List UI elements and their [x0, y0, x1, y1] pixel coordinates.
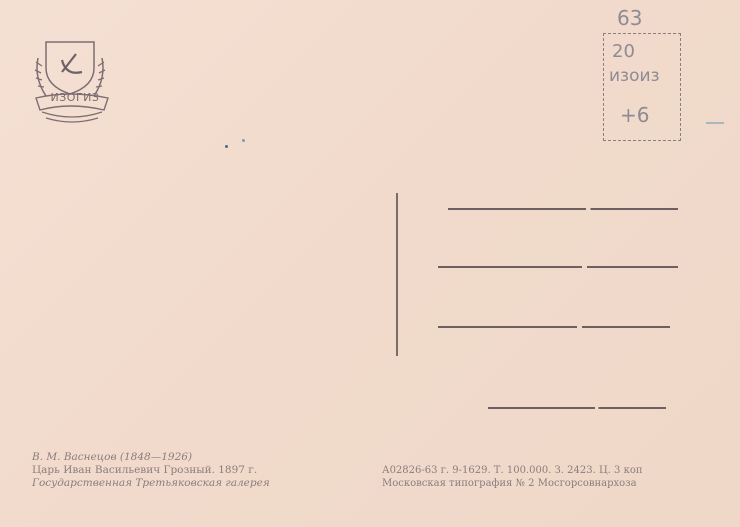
artwork-title: Царь Иван Васильевич Грозный. 1897 г.	[32, 464, 257, 477]
izogiz-logo: ИЗОГИЗ	[32, 38, 118, 128]
postcard-back: ИЗОГИЗ 63 20 изоиз +6 В. М. Васнецов (18…	[0, 0, 740, 527]
handwritten-note: +6	[620, 103, 649, 127]
handwritten-note: изоиз	[609, 66, 660, 86]
address-line	[438, 326, 670, 328]
gallery-name: Государственная Третьяковская галерея	[32, 477, 270, 490]
ink-speck	[242, 139, 245, 142]
print-info: А02826-63 г. 9-1629. Т. 100.000. З. 2423…	[382, 464, 643, 477]
address-line	[488, 407, 666, 409]
artist-credit: В. М. Васнецов (1848—1926)	[32, 451, 192, 464]
publisher-name: ИЗОГИЗ	[40, 91, 110, 104]
printer-name: Московская типография № 2 Мосгорсовнархо…	[382, 477, 637, 490]
handwritten-note: 20	[612, 41, 635, 62]
divider-line	[396, 193, 398, 356]
handwritten-number: 63	[617, 6, 642, 30]
emblem-icon	[32, 38, 118, 128]
mark	[706, 122, 724, 124]
address-line	[438, 266, 678, 268]
address-line	[448, 208, 678, 210]
ink-speck	[225, 145, 228, 148]
